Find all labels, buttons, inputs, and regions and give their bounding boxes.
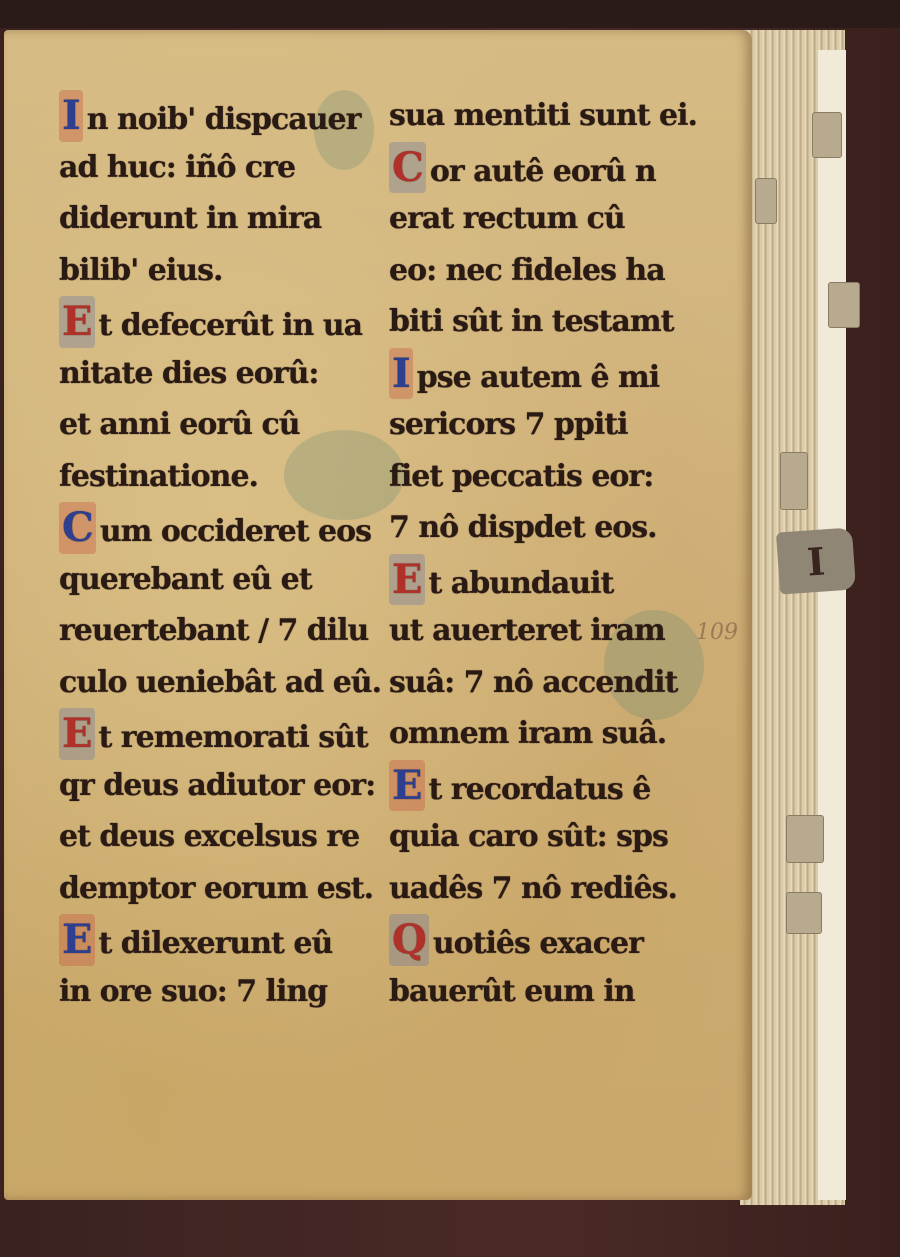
text-line: Et defecerût in ua (59, 296, 381, 348)
illuminated-initial: I (59, 90, 83, 142)
text-line: biti sût in testamt (389, 296, 697, 348)
text-line: 7 nô dispdet eos. (389, 502, 697, 554)
text-line: sericors 7 ppiti (389, 399, 697, 451)
binding-top-edge (0, 0, 900, 28)
text-line: nitate dies eorû: (59, 348, 381, 400)
text-line: demptor eorum est. (59, 863, 381, 915)
text-line: Quotiês exacer (389, 914, 697, 966)
text-line: uadês 7 nô rediês. (389, 863, 697, 915)
text-line: et anni eorû cû (59, 399, 381, 451)
text-line: eo: nec fideles ha (389, 245, 697, 297)
text-line: in ore suo: 7 ling (59, 966, 381, 1018)
left-text-column: In noib' dispcauer ad huc: iñô cre dider… (59, 90, 381, 1017)
text-line: Ipse autem ê mi (389, 348, 697, 400)
page-tab (828, 282, 860, 328)
page-tab (786, 892, 822, 934)
text-line: bilib' eius. (59, 245, 381, 297)
text-line: Et recordatus ê (389, 760, 697, 812)
text-line: querebant eû et (59, 554, 381, 606)
text-line: et deus excelsus re (59, 811, 381, 863)
text-line: Cum occideret eos (59, 502, 381, 554)
text-line: Et abundauit (389, 554, 697, 606)
paper-flyleaves (818, 50, 846, 1200)
text-line: ad huc: iñô cre (59, 142, 381, 194)
section-tab: I (776, 527, 856, 594)
right-text-column: sua mentiti sunt ei. Cor autê eorû n era… (389, 90, 697, 1017)
text-line: erat rectum cû (389, 193, 697, 245)
illuminated-initial: C (389, 142, 426, 194)
manuscript-page: In noib' dispcauer ad huc: iñô cre dider… (4, 30, 752, 1200)
text-line: culo ueniebât ad eû. (59, 657, 381, 709)
text-line: bauerût eum in (389, 966, 697, 1018)
illuminated-initial: E (389, 760, 425, 812)
text-line: sua mentiti sunt ei. (389, 90, 697, 142)
text-line: Et dilexerunt eû (59, 914, 381, 966)
folio-number: 109 (696, 620, 738, 645)
page-tab (786, 815, 824, 863)
text-line: reuertebant / 7 dilu (59, 605, 381, 657)
text-line: Cor autê eorû n (389, 142, 697, 194)
illuminated-initial: E (59, 296, 95, 348)
text-line: festinatione. (59, 451, 381, 503)
text-line: diderunt in mira (59, 193, 381, 245)
text-line: suâ: 7 nô accendit (389, 657, 697, 709)
illuminated-initial: E (59, 914, 95, 966)
text-line: quia caro sût: sps (389, 811, 697, 863)
text-line: ut auerteret iram (389, 605, 697, 657)
illuminated-initial: Q (389, 914, 429, 966)
text-line: qr deus adiutor eor: (59, 760, 381, 812)
text-line: Et rememorati sût (59, 708, 381, 760)
page-tab (755, 178, 777, 224)
illuminated-initial: E (59, 708, 95, 760)
page-tab (812, 112, 842, 158)
illuminated-initial: I (389, 348, 413, 400)
illuminated-initial: E (389, 554, 425, 606)
illuminated-initial: C (59, 502, 96, 554)
page-tab (780, 452, 808, 510)
text-line: fiet peccatis eor: (389, 451, 697, 503)
text-line: omnem iram suâ. (389, 708, 697, 760)
text-line: In noib' dispcauer (59, 90, 381, 142)
